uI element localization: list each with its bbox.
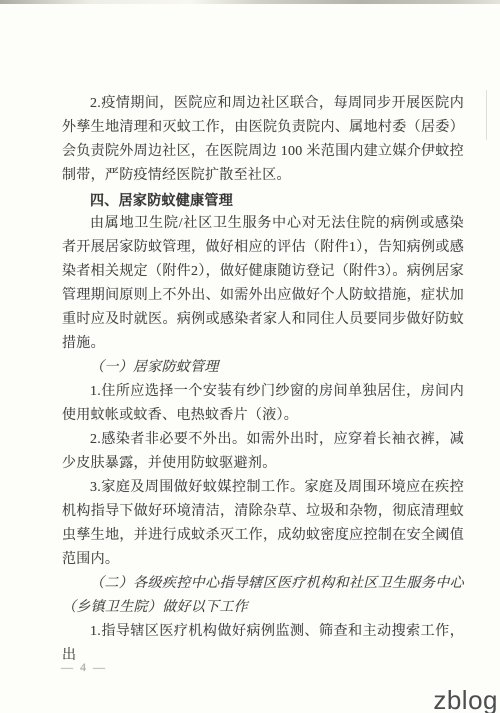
watermark-zblog: zblog <box>433 685 498 713</box>
scanned-page: 2.疫情期间，医院应和周边社区联合，每周同步开展医院内外孳生地清理和灭蚊工作，由… <box>0 0 500 713</box>
paragraph: 由属地卫生院/社区卫生服务中心对无法住院的病例或感染者开展居家防蚊管理，做好相应… <box>62 212 464 356</box>
paragraph: 3.家庭及周围做好蚊媒控制工作。家庭及周围环境应在疾控机构指导下做好环境清洁，清… <box>62 476 464 572</box>
scan-edge-artifact <box>0 0 500 4</box>
sub-heading: （二）各级疾控中心指导辖区医疗机构和社区卫生服务中心（乡镇卫生院）做好以下工作 <box>62 572 464 620</box>
paragraph: 1.指导辖区医疗机构做好病例监测、筛查和主动搜索工作，出 <box>62 620 464 668</box>
scan-line-artifact <box>486 90 487 140</box>
page-number: — 4 — <box>48 660 120 675</box>
paragraph: 1.住所应选择一个安装有纱门纱窗的房间单独居住，房间内使用蚊帐或蚊香、电热蚊香片… <box>62 380 464 428</box>
paragraph: 2.疫情期间，医院应和周边社区联合，每周同步开展医院内外孳生地清理和灭蚊工作，由… <box>62 92 464 188</box>
document-body: 2.疫情期间，医院应和周边社区联合，每周同步开展医院内外孳生地清理和灭蚊工作，由… <box>62 92 464 668</box>
section-heading: 四、居家防蚊健康管理 <box>62 188 464 212</box>
sub-heading: （一）居家防蚊管理 <box>62 356 464 380</box>
paragraph: 2.感染者非必要不外出。如需外出时，应穿着长袖衣裤，减少皮肤暴露，并使用防蚊驱避… <box>62 428 464 476</box>
